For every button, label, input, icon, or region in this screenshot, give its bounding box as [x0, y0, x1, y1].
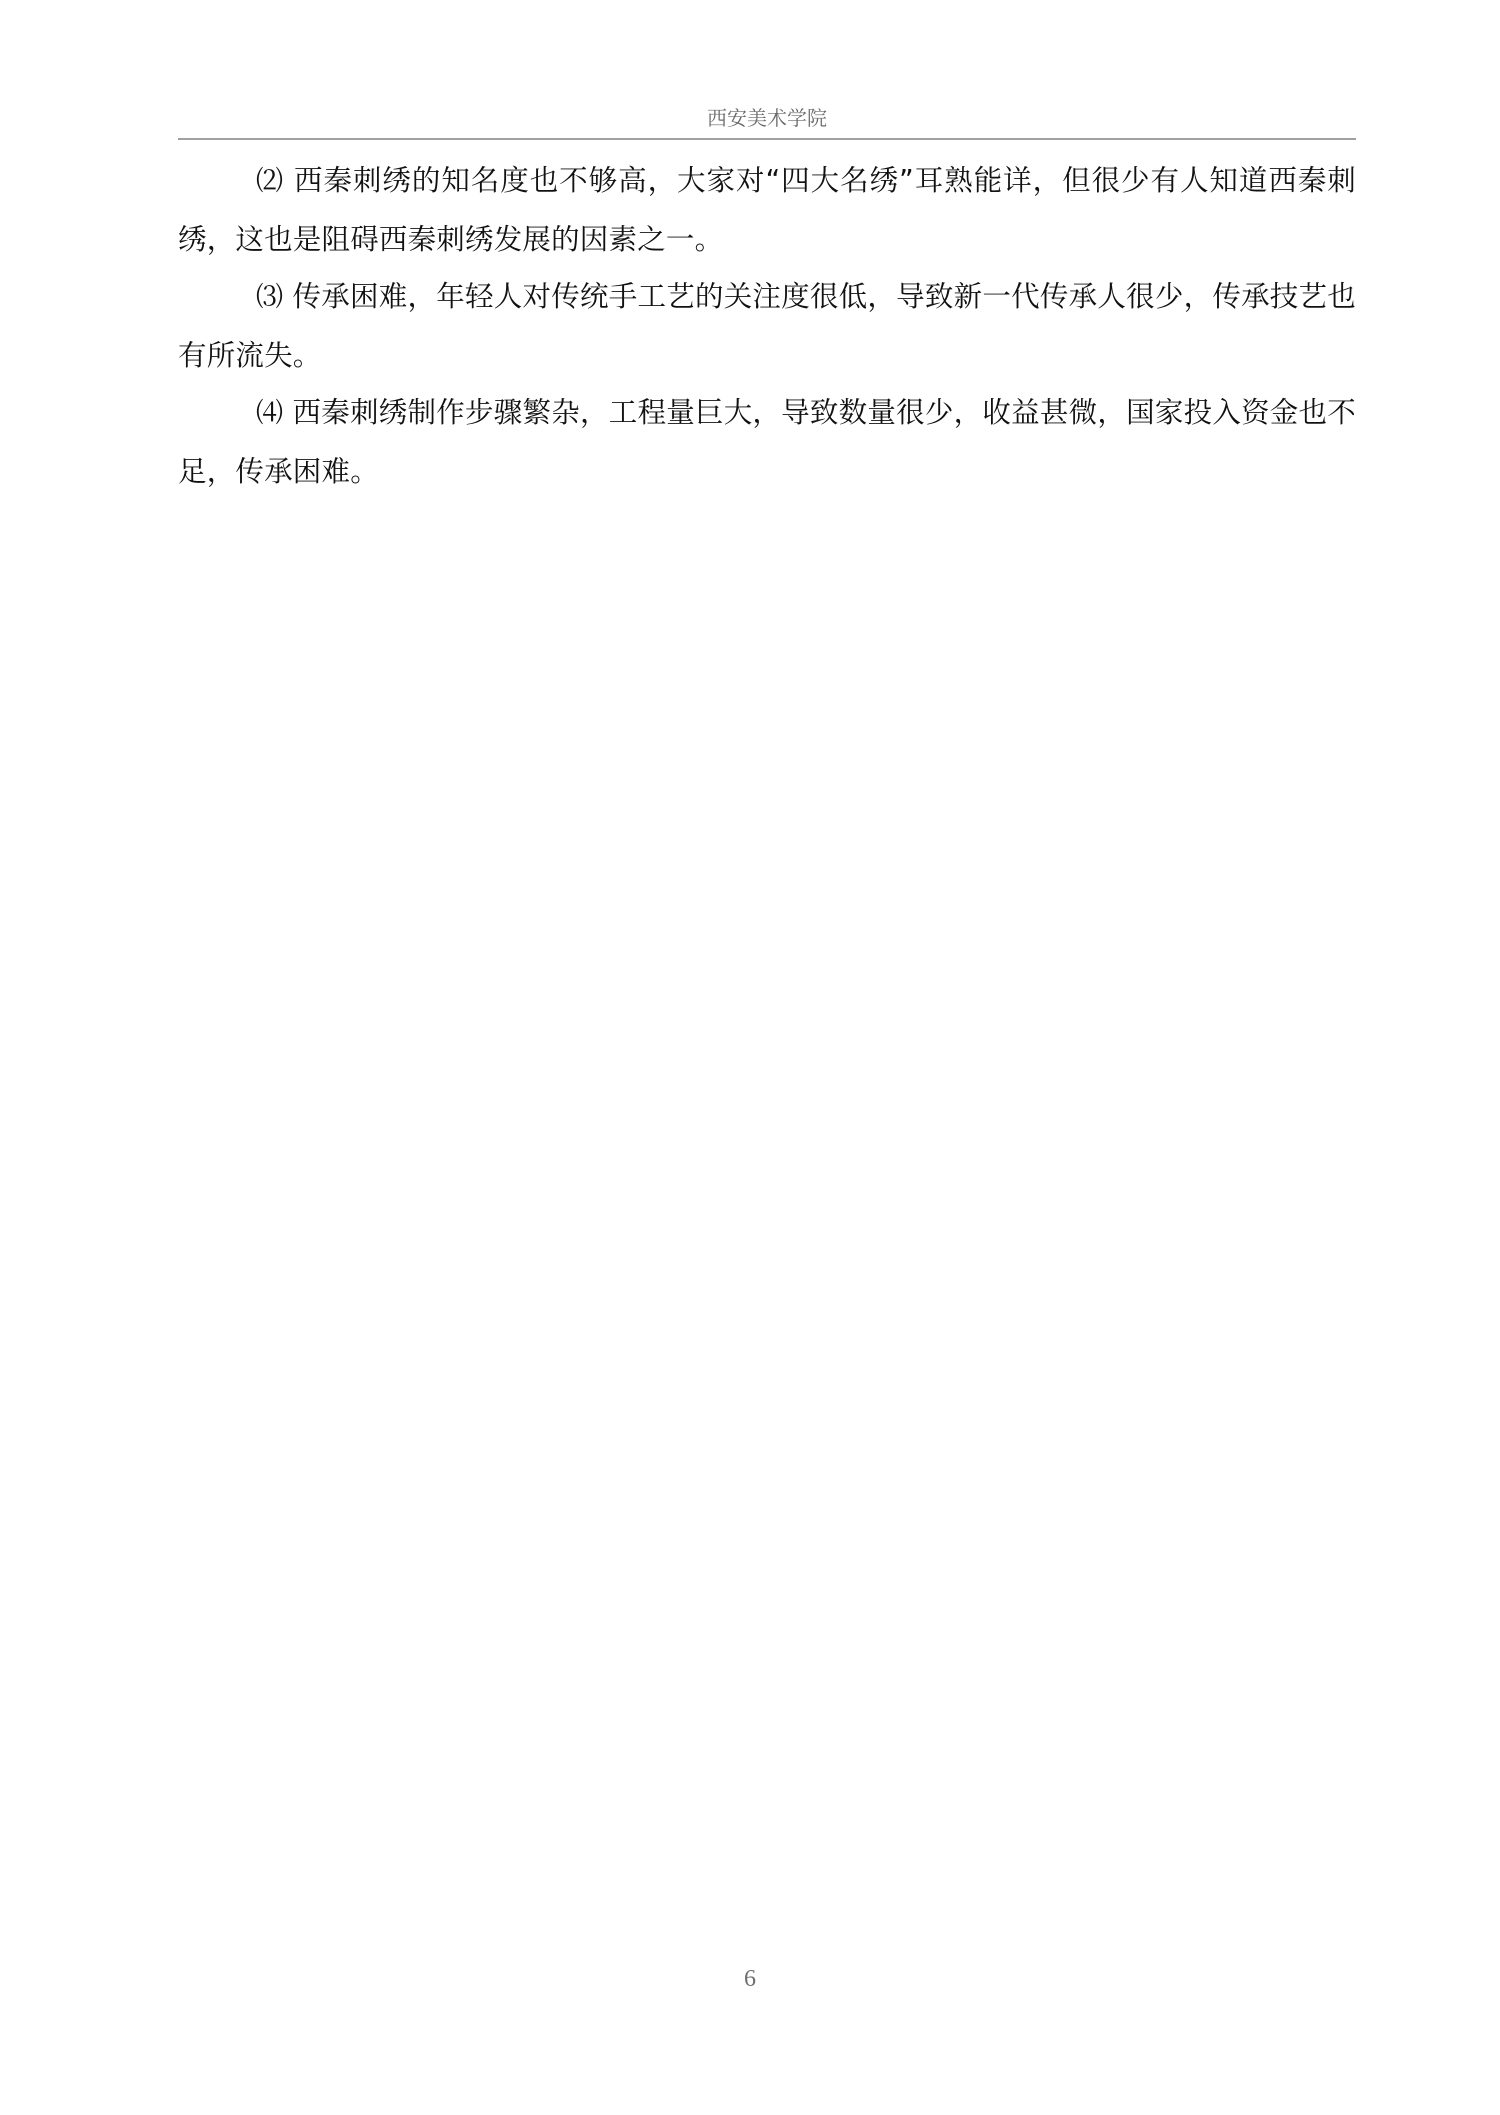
list-marker: ⑶ [256, 282, 283, 313]
paragraph-4: ⑷ 西秦刺绣制作步骤繁杂，工程量巨大，导致数量很少，收益甚微，国家投入资金也不足… [178, 384, 1356, 500]
page-number: 6 [0, 1966, 1500, 1993]
paragraph-3: ⑶ 传承困难，年轻人对传统手工艺的关注度很低，导致新一代传承人很少，传承技艺也有… [178, 268, 1356, 384]
list-marker: ⑵ [256, 166, 284, 197]
paragraph-text: 西秦刺绣的知名度也不够高，大家对“四大名绣”耳熟能详，但很少有人知道西秦刺绣，这… [178, 164, 1356, 256]
running-header: 西安美术学院 [178, 104, 1356, 132]
document-body: ⑵ 西秦刺绣的知名度也不够高，大家对“四大名绣”耳熟能详，但很少有人知道西秦刺绣… [178, 152, 1356, 500]
paragraph-2: ⑵ 西秦刺绣的知名度也不够高，大家对“四大名绣”耳熟能详，但很少有人知道西秦刺绣… [178, 152, 1356, 268]
list-marker: ⑷ [256, 398, 283, 429]
paragraph-text: 传承困难，年轻人对传统手工艺的关注度很低，导致新一代传承人很少，传承技艺也有所流… [178, 280, 1356, 372]
paragraph-text: 西秦刺绣制作步骤繁杂，工程量巨大，导致数量很少，收益甚微，国家投入资金也不足，传… [178, 396, 1356, 488]
header-divider [178, 138, 1356, 140]
